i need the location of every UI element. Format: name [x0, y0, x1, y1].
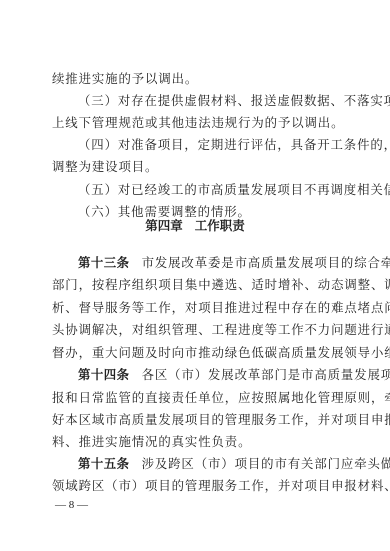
article-text: 涉及跨区（市）项目的市有关部门应牵头做好本: [142, 456, 390, 471]
text-line: 督办，重大问题及时向市推动绿色低碳高质量发展领导小组报: [52, 345, 346, 361]
text-line: （三）对存在提供虚假材料、报送虚假数据、不落实项目线: [78, 93, 346, 109]
article-14-first-line: 第十四条各区（市）发展改革部门是市高质量发展项目申: [78, 367, 346, 383]
article-text: 市发展改革委是市高质量发展项目的综合牵头: [142, 255, 390, 270]
chapter-number: 第四章: [145, 218, 183, 233]
chapter-heading: 第四章工作职责: [0, 218, 390, 234]
text-line: 部门，按程序组织项目集中遴选、适时增补、动态调整、调度分: [52, 277, 346, 293]
text-line: 报和日常监管的直接责任单位，应按照属地化管理原则，牵头做: [52, 390, 346, 406]
page-number: — 8 —: [55, 499, 88, 511]
text-line: 续推进实施的予以调出。: [52, 71, 346, 87]
text-line: 析、督导服务等工作，对项目推进过程中存在的难点堵点问题牵: [52, 300, 346, 316]
text-line: 好本区域市高质量发展项目的管理服务工作，并对项目申报材: [52, 412, 346, 428]
article-label: 第十四条: [78, 367, 130, 382]
article-label: 第十五条: [78, 456, 130, 471]
text-line: （五）对已经竣工的市高质量发展项目不再调度相关信息。: [78, 182, 346, 198]
text-line: 调整为建设项目。: [52, 159, 346, 175]
text-line: 头协调解决，对组织管理、工程进度等工作不力问题进行通报和: [52, 322, 346, 338]
document-page: 续推进实施的予以调出。 （三）对存在提供虚假材料、报送虚假数据、不落实项目线 上…: [0, 0, 390, 551]
text-line: 料、推进实施情况的真实性负责。: [52, 434, 346, 450]
article-15-first-line: 第十五条涉及跨区（市）项目的市有关部门应牵头做好本: [78, 456, 346, 472]
chapter-title: 工作职责: [195, 218, 245, 233]
text-line: 上线下管理规范或其他违法违规行为的予以调出。: [52, 115, 346, 131]
text-line: 领域跨区（市）项目的管理服务工作，并对项目申报材料、推进: [52, 478, 346, 494]
article-13-first-line: 第十三条市发展改革委是市高质量发展项目的综合牵头: [78, 255, 346, 271]
article-label: 第十三条: [78, 255, 130, 270]
text-line: （四）对准备项目，定期进行评估，具备开工条件的，及时: [78, 137, 346, 153]
article-text: 各区（市）发展改革部门是市高质量发展项目申: [142, 367, 390, 382]
